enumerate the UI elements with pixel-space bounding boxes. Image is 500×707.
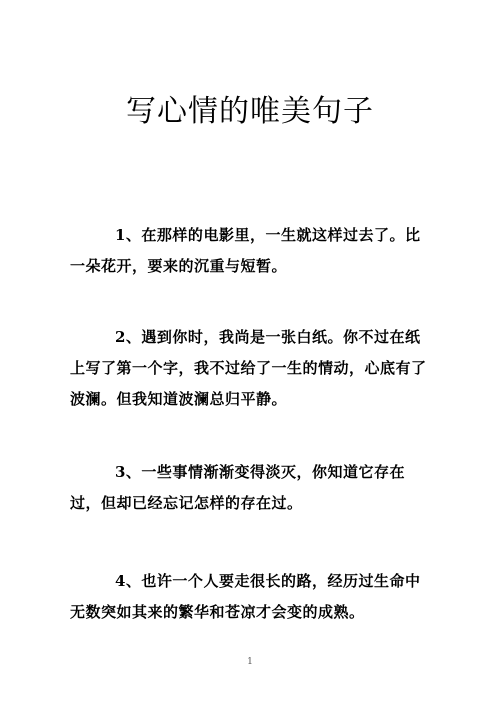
paragraph-4: 4、也许一个人要走很长的路，经历过生命中无数突如其来的繁华和苍凉才会变的成熟。: [70, 566, 435, 628]
document-title: 写心情的唯美句子: [0, 86, 500, 130]
document-page: 写心情的唯美句子 1、在那样的电影里，一生就这样过去了。比一朵花开，要来的沉重与…: [0, 0, 500, 707]
paragraph-2: 2、遇到你时，我尚是一张白纸。你不过在纸上写了第一个字，我不过给了一生的情动，心…: [70, 322, 435, 415]
paragraph-3: 3、一些事情渐渐变得淡灭，你知道它存在过，但却已经忘记怎样的存在过。: [70, 457, 435, 519]
page-number: 1: [0, 657, 500, 667]
paragraph-1: 1、在那样的电影里，一生就这样过去了。比一朵花开，要来的沉重与短暂。: [70, 220, 435, 282]
